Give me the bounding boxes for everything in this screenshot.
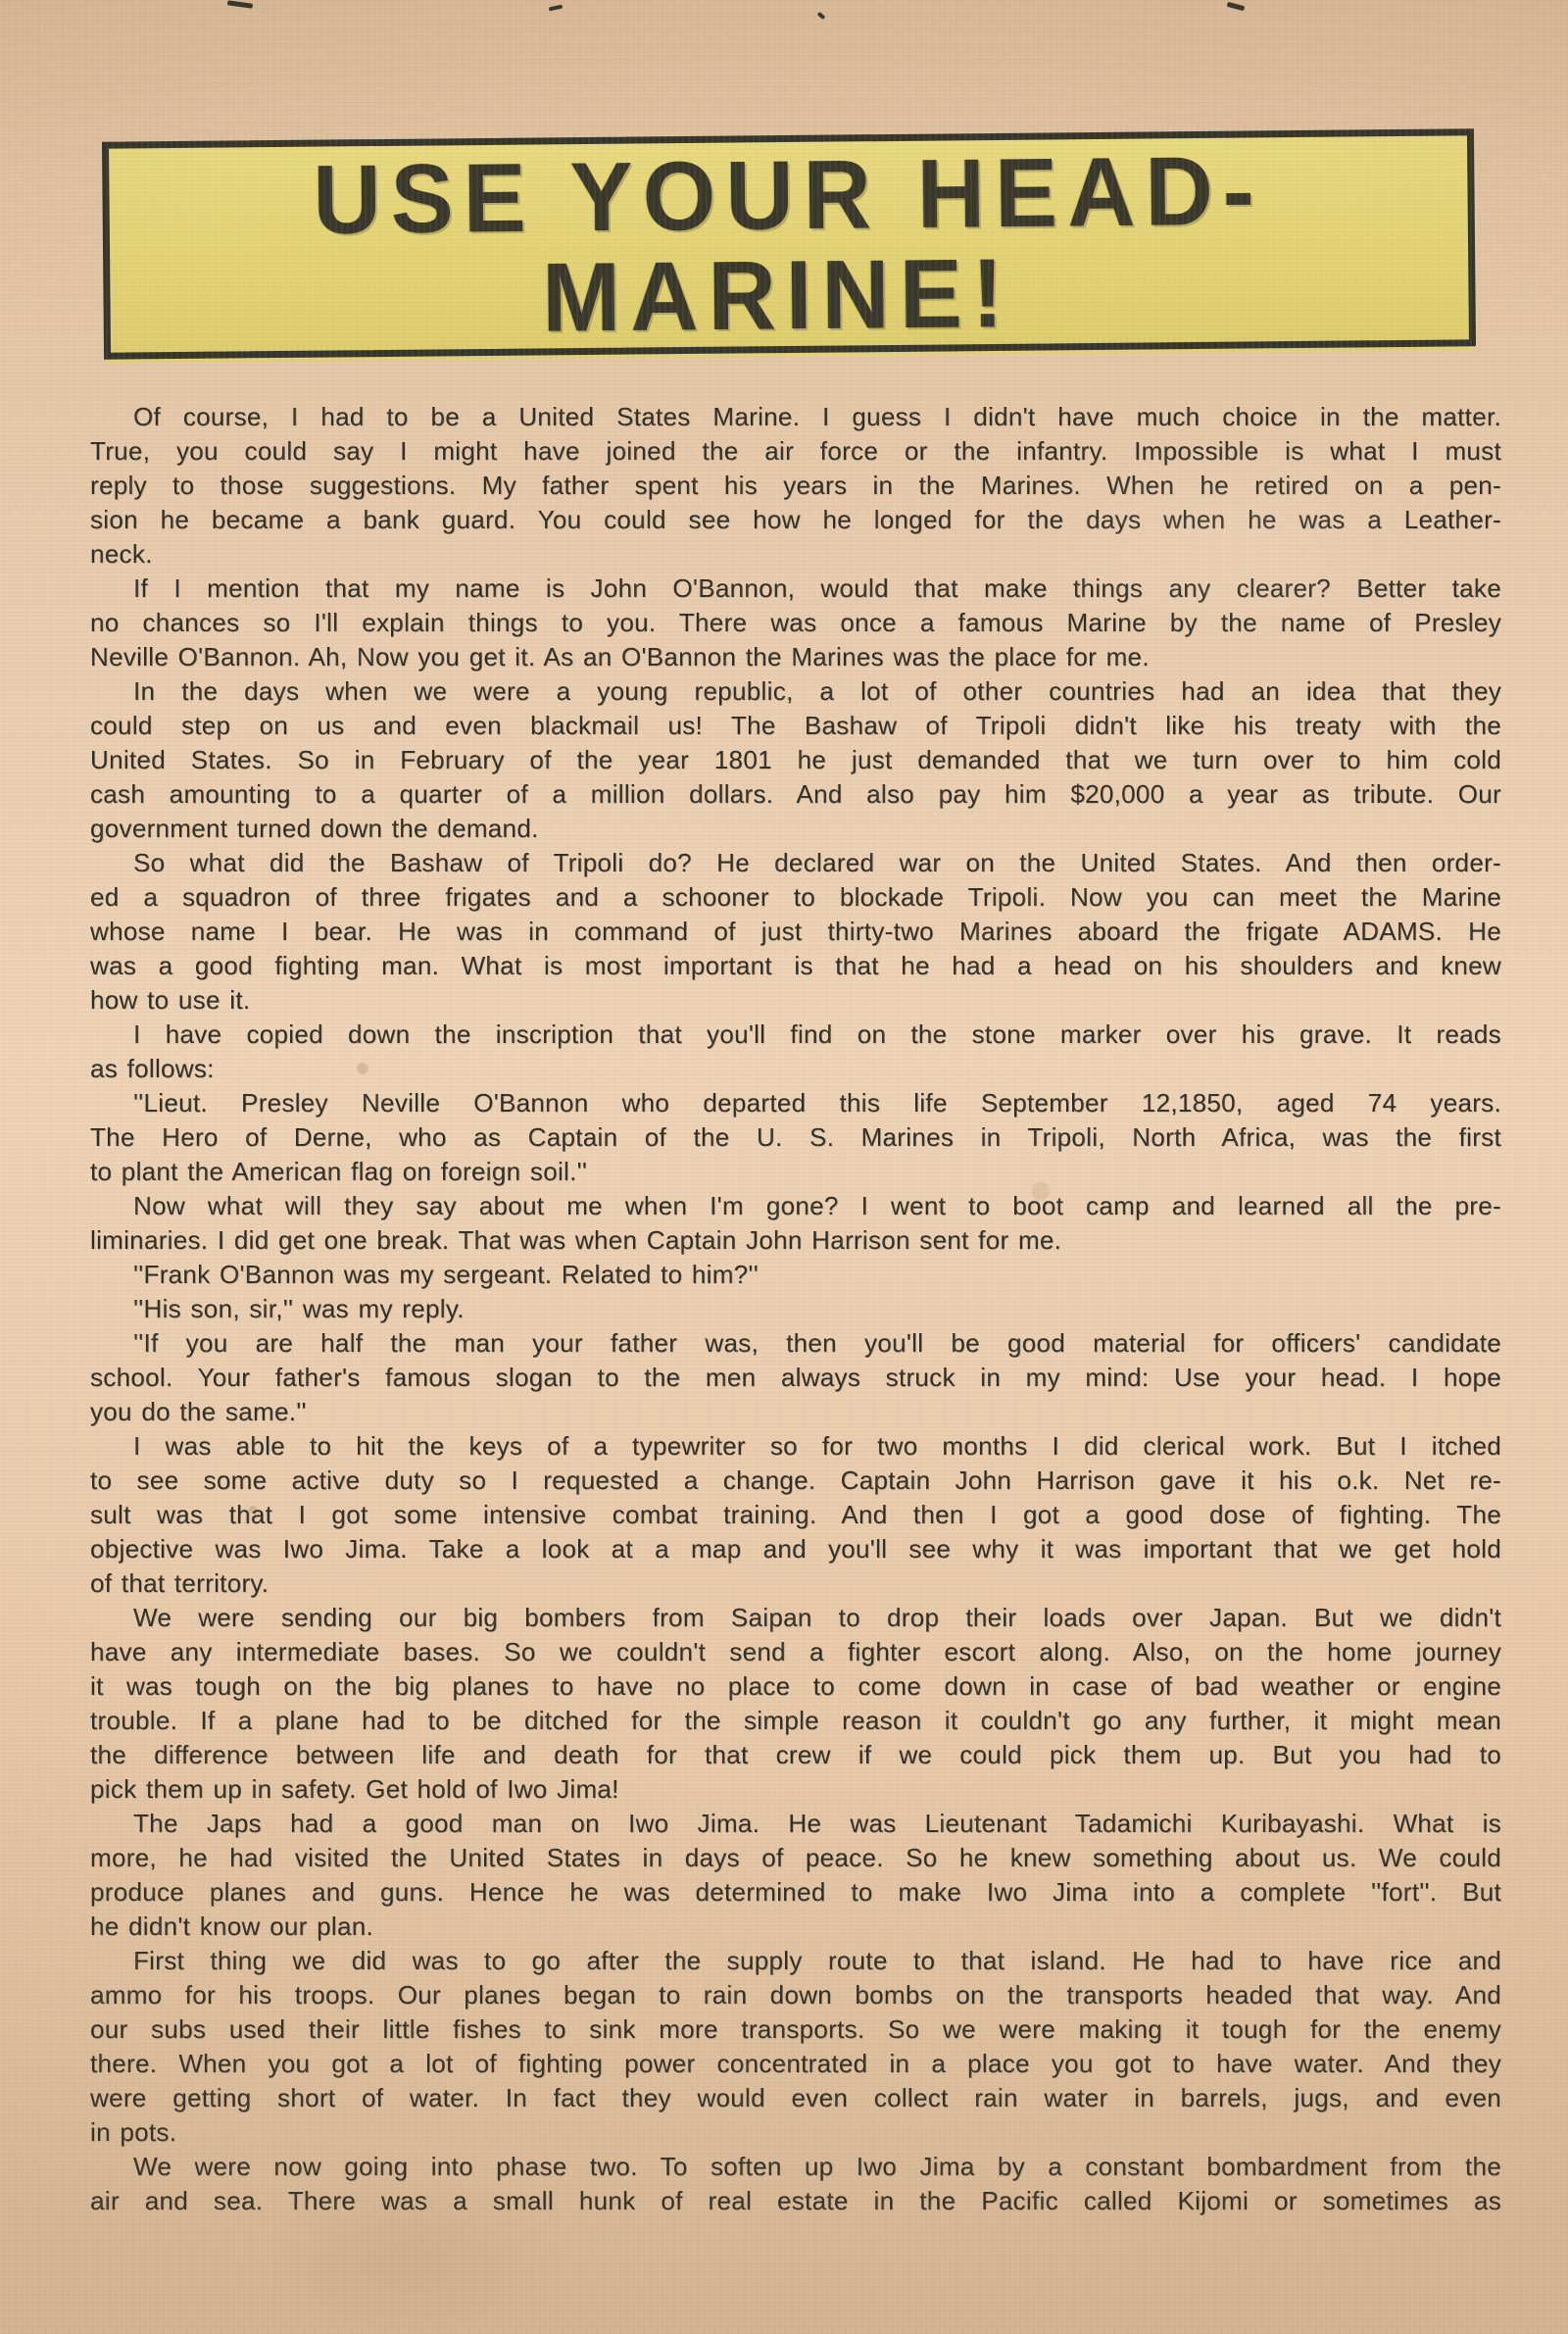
story-line: have any intermediate bases. So we could…	[90, 1635, 1501, 1669]
story-paragraph: Of course, I had to be a United States M…	[90, 400, 1501, 571]
story-paragraph: So what did the Bashaw of Tripoli do? He…	[90, 846, 1501, 1018]
story-line: of that territory.	[90, 1566, 1501, 1601]
scan-artifact	[1227, 2, 1246, 11]
story-paragraph: First thing we did was to go after the s…	[90, 1944, 1501, 2150]
story-line: produce planes and guns. Hence he was de…	[90, 1875, 1501, 1910]
story-line: more, he had visited the United States i…	[90, 1841, 1501, 1875]
story-paragraph: If I mention that my name is John O'Bann…	[90, 571, 1501, 674]
story-line: could step on us and even blackmail us! …	[90, 709, 1501, 743]
story-line: the difference between life and death fo…	[90, 1738, 1501, 1772]
story-line: ed a squadron of three frigates and a sc…	[90, 880, 1501, 915]
story-paragraph: I have copied down the inscription that …	[90, 1018, 1501, 1086]
story-line: sion he became a bank guard. You could s…	[90, 503, 1501, 537]
story-paragraph: The Japs had a good man on Iwo Jima. He …	[90, 1807, 1501, 1944]
page-title-line-2: MARINE!	[542, 242, 1014, 351]
title-banner: USE YOUR HEAD- MARINE!	[102, 128, 1476, 359]
story-paragraph: Now what will they say about me when I'm…	[90, 1189, 1501, 1258]
story-paragraph: ''Frank O'Bannon was my sergeant. Relate…	[90, 1258, 1501, 1292]
story-line: ''If you are half the man your father wa…	[90, 1326, 1501, 1361]
story-line: there. When you got a lot of fighting po…	[90, 2047, 1501, 2081]
story-line: how to use it.	[90, 983, 1501, 1018]
story-line: in pots.	[90, 2115, 1501, 2150]
story-paragraph: I was able to hit the keys of a typewrit…	[90, 1429, 1501, 1601]
story-line: to plant the American flag on foreign so…	[90, 1155, 1501, 1189]
story-line: ''His son, sir,'' was my reply.	[90, 1292, 1501, 1326]
scan-artifact	[549, 5, 563, 12]
story-line: The Hero of Derne, who as Captain of the…	[90, 1120, 1501, 1155]
page-title-line-1: USE YOUR HEAD-	[313, 139, 1264, 252]
story-paragraph: In the days when we were a young republi…	[90, 674, 1501, 846]
story-line: The Japs had a good man on Iwo Jima. He …	[90, 1807, 1501, 1841]
story-line: We were sending our big bombers from Sai…	[90, 1601, 1501, 1635]
story-line: whose name I bear. He was in command of …	[90, 915, 1501, 949]
story-paragraph: ''His son, sir,'' was my reply.	[90, 1292, 1501, 1326]
story-line: it was tough on the big planes to have n…	[90, 1669, 1501, 1704]
story-paragraph: We were sending our big bombers from Sai…	[90, 1601, 1501, 1807]
story-line: objective was Iwo Jima. Take a look at a…	[90, 1532, 1501, 1566]
story-line: reply to those suggestions. My father sp…	[90, 469, 1501, 503]
story-line: Neville O'Bannon. Ah, Now you get it. As…	[90, 640, 1501, 674]
story-line: liminaries. I did get one break. That wa…	[90, 1223, 1501, 1258]
story-line: ''Frank O'Bannon was my sergeant. Relate…	[90, 1258, 1501, 1292]
story-line: government turned down the demand.	[90, 812, 1501, 846]
story-line: So what did the Bashaw of Tripoli do? He…	[90, 846, 1501, 880]
story-line: pick them up in safety. Get hold of Iwo …	[90, 1772, 1501, 1807]
story-line: school. Your father's famous slogan to t…	[90, 1361, 1501, 1395]
story-line: trouble. If a plane had to be ditched fo…	[90, 1704, 1501, 1738]
story-line: Of course, I had to be a United States M…	[90, 400, 1501, 434]
story-line: United States. So in February of the yea…	[90, 743, 1501, 777]
story-line: In the days when we were a young republi…	[90, 674, 1501, 709]
story-line: to see some active duty so I requested a…	[90, 1464, 1501, 1498]
story-line: sult was that I got some intensive comba…	[90, 1498, 1501, 1532]
story-paragraph: We were now going into phase two. To sof…	[90, 2150, 1501, 2218]
story-line: We were now going into phase two. To sof…	[90, 2150, 1501, 2184]
story-line: I have copied down the inscription that …	[90, 1018, 1501, 1052]
scan-artifact	[817, 12, 826, 20]
story-line: True, you could say I might have joined …	[90, 434, 1501, 469]
story-line: ammo for his troops. Our planes began to…	[90, 1978, 1501, 2012]
story-paragraph: ''Lieut. Presley Neville O'Bannon who de…	[90, 1086, 1501, 1189]
story-line: cash amounting to a quarter of a million…	[90, 777, 1501, 812]
scan-artifact	[227, 0, 253, 9]
story-line: he didn't know our plan.	[90, 1910, 1501, 1944]
story-line: you do the same.''	[90, 1395, 1501, 1429]
story-line: was a good fighting man. What is most im…	[90, 949, 1501, 983]
story-line: ''Lieut. Presley Neville O'Bannon who de…	[90, 1086, 1501, 1120]
story-line: neck.	[90, 537, 1501, 571]
story-line: as follows:	[90, 1052, 1501, 1086]
story-line: First thing we did was to go after the s…	[90, 1944, 1501, 1978]
story-line: If I mention that my name is John O'Bann…	[90, 571, 1501, 606]
story-line: were getting short of water. In fact the…	[90, 2081, 1501, 2115]
story-line: air and sea. There was a small hunk of r…	[90, 2184, 1501, 2218]
story-text: Of course, I had to be a United States M…	[90, 400, 1501, 2218]
story-line: our subs used their little fishes to sin…	[90, 2012, 1501, 2047]
story-line: I was able to hit the keys of a typewrit…	[90, 1429, 1501, 1464]
story-line: Now what will they say about me when I'm…	[90, 1189, 1501, 1223]
story-paragraph: ''If you are half the man your father wa…	[90, 1326, 1501, 1429]
story-line: no chances so I'll explain things to you…	[90, 606, 1501, 640]
